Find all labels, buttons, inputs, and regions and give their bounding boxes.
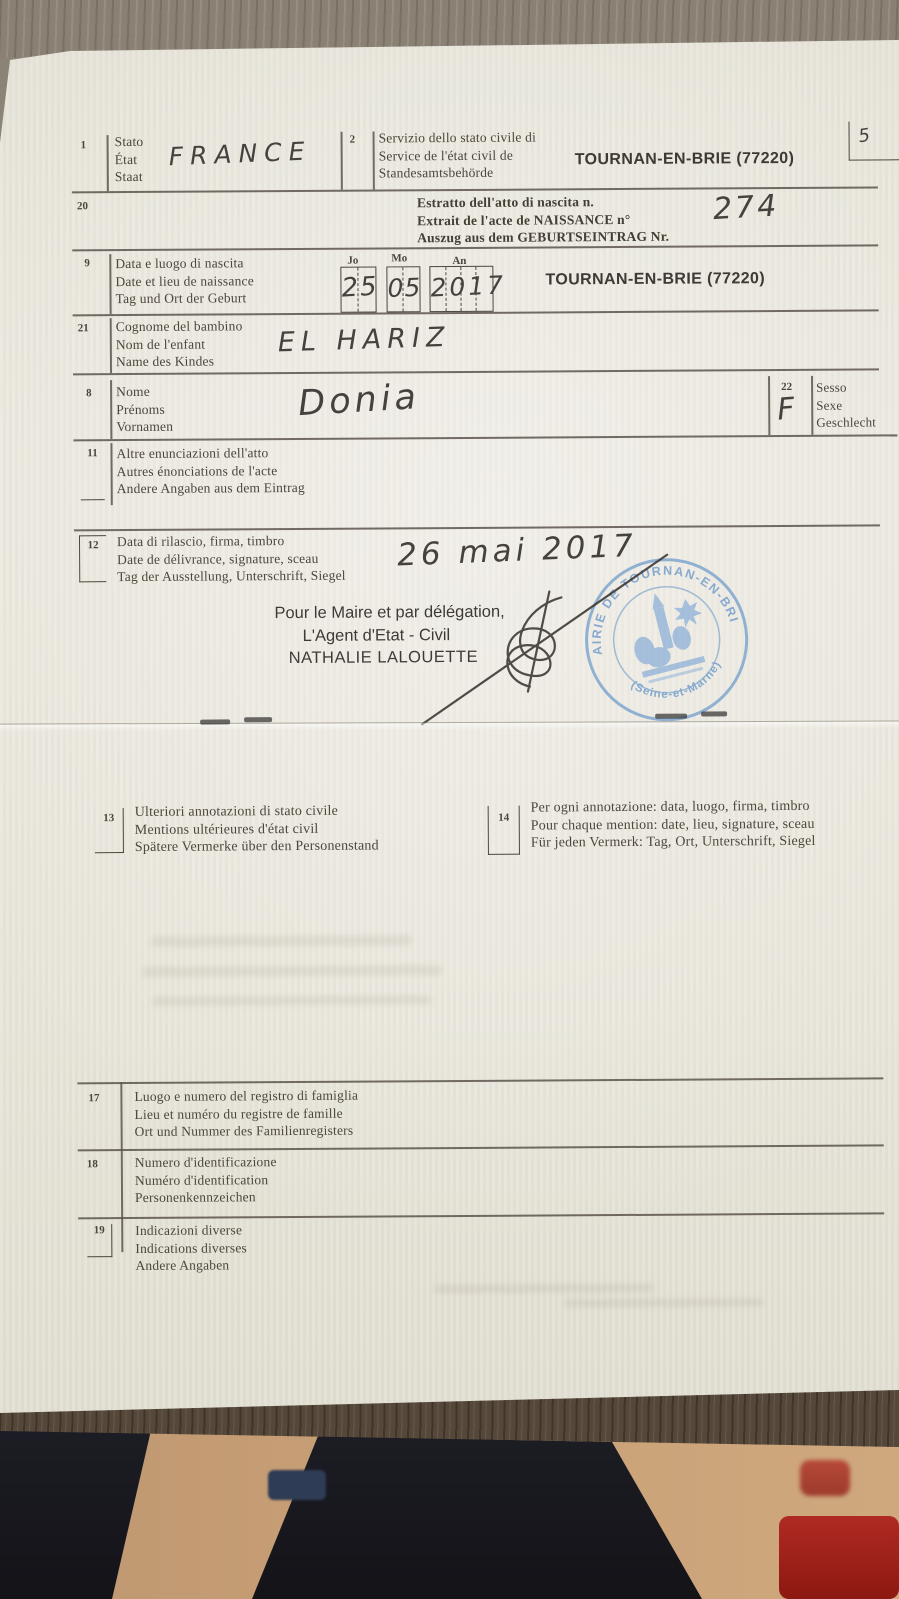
label-line: Data e luogo di nascita: [115, 254, 254, 272]
rule: [373, 132, 375, 190]
field13-number: 13: [95, 808, 124, 853]
label-line: Numéro d'identification: [135, 1171, 277, 1189]
field2-labels: Servizio dello stato civile di Service d…: [379, 129, 537, 182]
field8-labels: Nome Prénoms Vornamen: [116, 383, 173, 436]
label-line: Data di rilascio, firma, timbro: [117, 532, 346, 551]
field8-value-handwritten: Donia: [297, 377, 421, 424]
label-line: Personenkennzeichen: [135, 1188, 277, 1206]
label-line: Tag der Ausstellung, Unterschrift, Siege…: [117, 567, 346, 586]
birth-year-handwritten: 2017: [430, 270, 507, 302]
field1-number: 1: [81, 139, 87, 151]
label-line: Servizio dello stato civile di: [379, 129, 537, 147]
label-line: Andere Angaben: [135, 1256, 247, 1274]
tape-mark: [200, 719, 230, 724]
rule: [78, 1212, 884, 1219]
label-line: Ort und Nummer des Familienregisters: [135, 1122, 359, 1141]
field18-labels: Numero d'identificazione Numéro d'identi…: [135, 1153, 277, 1206]
label-line: Staat: [115, 168, 144, 186]
tape-mark: [244, 717, 272, 722]
field21-number: 21: [78, 322, 89, 334]
field20-value-handwritten: 274: [712, 188, 780, 227]
bleed-through-mark: [152, 995, 432, 1006]
field11-number: 11: [80, 447, 104, 500]
field17-number: 17: [88, 1092, 99, 1104]
rule: [120, 1082, 123, 1252]
label-line: Nome: [116, 383, 173, 401]
field12-labels: Data di rilascio, firma, timbro Date de …: [117, 532, 346, 586]
red-object-small: [800, 1460, 850, 1496]
rule: [74, 524, 880, 531]
label-line: Sesso: [816, 378, 876, 396]
label-line: Stato: [115, 133, 144, 151]
rule: [73, 434, 897, 441]
tape-mark: [655, 714, 687, 719]
label-line: Ulteriori annotazioni di stato civile: [135, 802, 379, 821]
rule: [811, 376, 813, 435]
field9-place: TOURNAN-EN-BRIE (77220): [545, 270, 765, 289]
label-line: Date et lieu de naissance: [115, 272, 254, 290]
field19-labels: Indicazioni diverse Indications diverses…: [135, 1221, 247, 1274]
corner-box: [848, 121, 899, 160]
shoe-shape: [268, 1470, 326, 1500]
label-line: Tag und Ort der Geburt: [115, 289, 254, 307]
rule: [107, 135, 109, 191]
label-line: Name des Kindes: [116, 352, 243, 370]
field12-number: 12: [79, 535, 106, 582]
label-line: Mentions ultérieures d'état civil: [135, 820, 379, 839]
label-line: Extrait de l'acte de NAISSANCE n°: [417, 210, 669, 229]
field21-value-handwritten: EL HARIZ: [277, 322, 451, 359]
field20-labels: Estratto dell'atto di nascita n. Extrait…: [417, 193, 669, 247]
field19-number: 19: [87, 1224, 112, 1257]
field14-number: 14: [488, 806, 520, 855]
field2-value: TOURNAN-EN-BRIE (77220): [575, 150, 795, 169]
red-object: [779, 1516, 899, 1599]
label-line: Für jeden Vermerk: Tag, Ort, Unterschrif…: [531, 833, 816, 852]
left-leg-shape: [0, 1418, 160, 1599]
bleed-through-mark: [434, 1284, 654, 1293]
label-line: Cognome del bambino: [116, 317, 243, 335]
label-line: Lieu et numéro du registre de famille: [134, 1104, 358, 1123]
document-paper: 1 Stato État Staat FRANCE 2 Servizio del…: [0, 38, 899, 1420]
label-line: Luogo e numero del registro di famiglia: [134, 1087, 358, 1106]
label-line: Prénoms: [116, 400, 173, 418]
field2-number: 2: [350, 134, 356, 146]
label-line: Service de l'état civil de: [379, 146, 537, 164]
label-line: Autres énonciations de l'acte: [117, 461, 305, 480]
bleed-through-mark: [151, 935, 411, 947]
birth-month-handwritten: 05: [387, 273, 422, 303]
field9-number: 9: [84, 257, 90, 269]
rule: [77, 1077, 883, 1084]
field18-number: 18: [87, 1158, 98, 1170]
label-line: Spätere Vermerke über den Personenstand: [135, 837, 379, 856]
label-line: Auszug aus dem GEBURTSEINTRAG Nr.: [417, 228, 669, 247]
field22-value-handwritten: F: [776, 391, 796, 427]
field1-value-handwritten: FRANCE: [168, 136, 312, 171]
photo-of-birth-certificate: 1 Stato État Staat FRANCE 2 Servizio del…: [0, 0, 899, 1599]
label-line: État: [115, 150, 144, 168]
field21-labels: Cognome del bambino Nom de l'enfant Name…: [116, 317, 243, 370]
label-line: Altre enunciazioni dell'atto: [116, 444, 304, 463]
label-line: Pour chaque mention: date, lieu, signatu…: [531, 815, 816, 834]
field17-labels: Luogo e numero del registro di famiglia …: [134, 1087, 358, 1141]
field20-number: 20: [77, 200, 88, 212]
bleed-through-mark: [142, 965, 442, 977]
birth-certificate-form: 1 Stato État Staat FRANCE 2 Servizio del…: [0, 0, 899, 1599]
rule: [110, 380, 112, 439]
field8-number: 8: [86, 387, 92, 399]
rule: [110, 318, 112, 373]
label-line: Standesamtsbehörde: [379, 164, 537, 182]
rule: [768, 376, 770, 435]
field22-labels: Sesso Sexe Geschlecht: [816, 378, 876, 431]
rule: [110, 443, 112, 505]
field9-labels: Data e luogo di nascita Date et lieu de …: [115, 254, 254, 307]
label-line: Numero d'identificazione: [135, 1153, 277, 1171]
floor-background: [0, 1418, 899, 1599]
label-line: Indications diverses: [135, 1239, 247, 1257]
label-line: Nom de l'enfant: [116, 335, 243, 353]
birth-day-handwritten: 25: [341, 272, 380, 304]
field14-labels: Per ogni annotazione: data, luogo, firma…: [531, 798, 816, 852]
label-line: Date de délivrance, signature, sceau: [117, 549, 346, 568]
field1-labels: Stato État Staat: [115, 133, 144, 186]
label-line: Vornamen: [116, 418, 173, 436]
pen-signature: [409, 539, 678, 729]
label-line: Andere Angaben aus dem Eintrag: [117, 479, 305, 498]
label-line: Indicazioni diverse: [135, 1221, 247, 1239]
date-header-month: Mo: [391, 252, 407, 264]
bleed-through-mark: [564, 1298, 764, 1307]
field11-labels: Altre enunciazioni dell'atto Autres énon…: [116, 444, 305, 498]
label-line: Sexe: [816, 396, 876, 414]
tape-mark: [701, 711, 727, 716]
rule: [78, 1144, 884, 1151]
rule: [341, 132, 343, 190]
date-header-day: Jo: [347, 255, 358, 267]
field13-labels: Ulteriori annotazioni di stato civile Me…: [135, 802, 379, 856]
label-line: Per ogni annotazione: data, luogo, firma…: [531, 798, 816, 817]
label-line: Geschlecht: [816, 413, 876, 431]
paper-fold-seam: [0, 720, 899, 734]
label-line: Estratto dell'atto di nascita n.: [417, 193, 669, 212]
rule: [109, 254, 111, 314]
